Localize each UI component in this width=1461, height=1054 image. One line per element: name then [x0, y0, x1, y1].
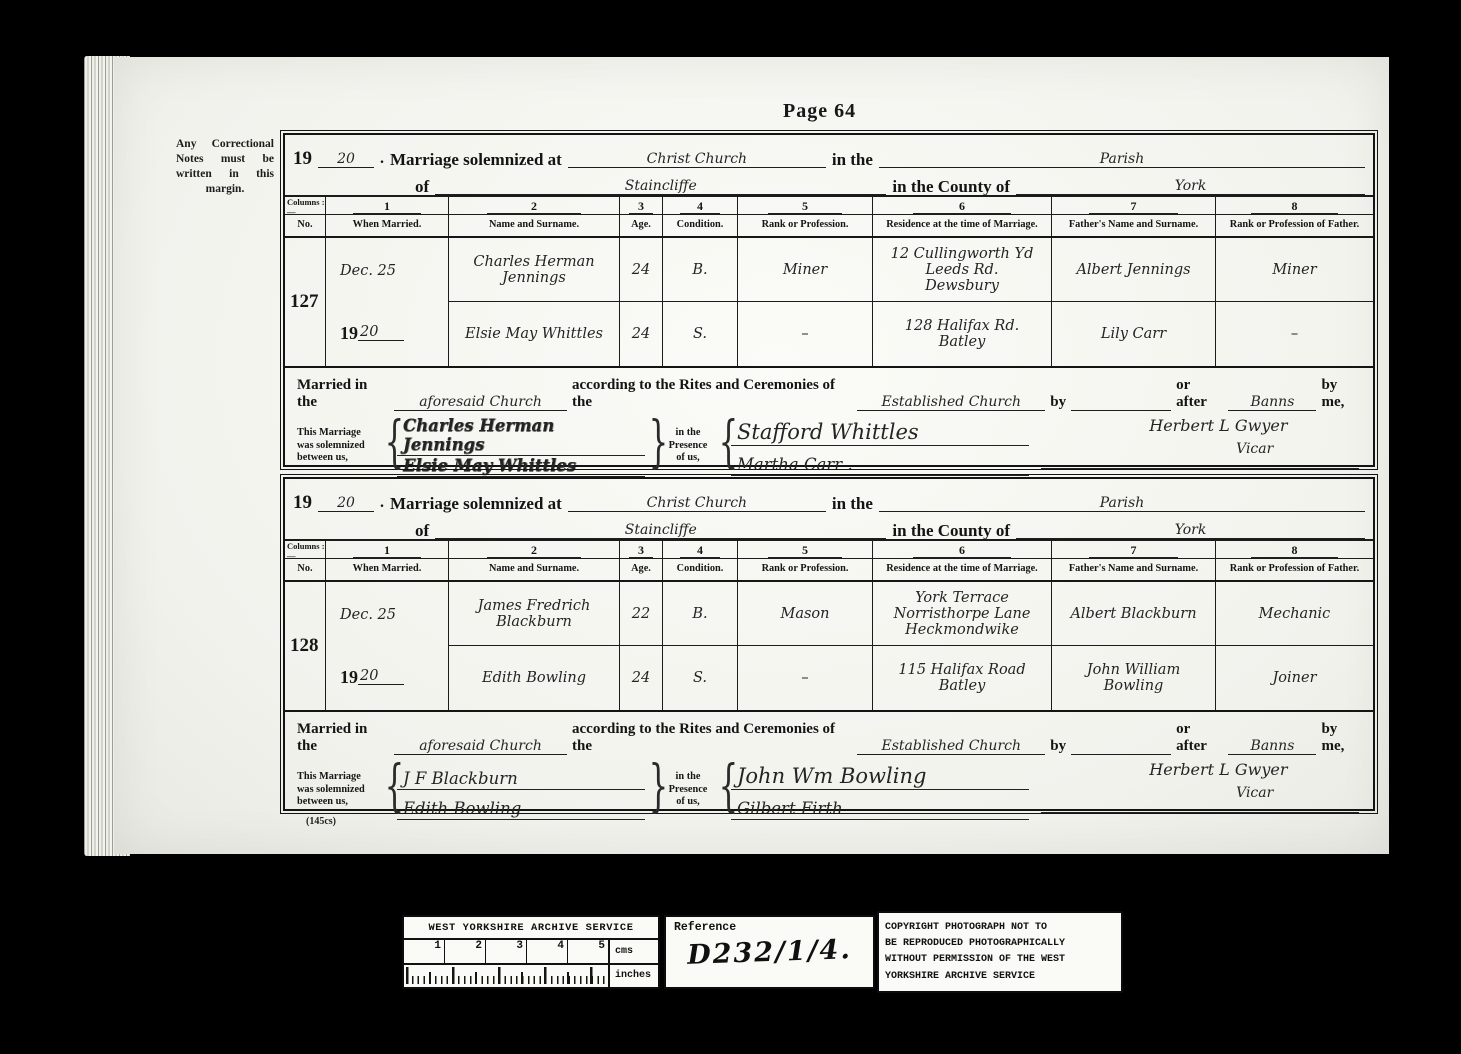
county-handwritten: York [1016, 519, 1365, 539]
marriage-attestation-section: Married in the aforesaid Church accordin… [285, 368, 1373, 476]
solemnized-label: Marriage solemnized at [390, 495, 562, 512]
brace-decoration [649, 760, 658, 820]
copyright-notice-card: COPYRIGHT PHOTOGRAPH NOT TO BE REPRODUCE… [877, 911, 1123, 993]
brace-decoration [385, 760, 394, 820]
by-blank-line [1071, 735, 1171, 755]
entry-number-cell: 128 [285, 582, 325, 710]
groom-name-cell: James Fredrich Blackburn [448, 582, 619, 646]
officiant-title: Vicar [1236, 785, 1273, 801]
groom-signature: J F Blackburn [397, 760, 645, 790]
reference-card: Reference D232/1/4. [664, 915, 875, 989]
bride-father-cell: John William Bowling [1051, 646, 1215, 710]
married-in-line: Married in the aforesaid Church accordin… [297, 721, 1363, 755]
year-suffix-handwritten: 20 [318, 148, 374, 168]
by-me-label: by me, [1321, 377, 1363, 411]
bride-residence-cell: 115 Halifax Road Batley [872, 646, 1051, 710]
column-number-8: 8 [1215, 197, 1373, 217]
in-the-label: in the [832, 151, 873, 168]
column-headers-row: No. When Married. Name and Surname. Age.… [285, 214, 1373, 238]
header-name-surname: Name and Surname. [448, 559, 619, 580]
couple-signatures: Charles Herman Jennings Elsie May Whittl… [397, 416, 645, 476]
groom-residence-cell: York Terrace Norristhorpe Lane Heckmondw… [872, 582, 1051, 646]
cms-label: cms [610, 940, 658, 965]
witness-signatures: John Wm Bowling Gilbert Firth [731, 760, 1029, 820]
witness-2-signature: Martha Carr . [731, 446, 1029, 476]
column-number-5: 5 [737, 197, 872, 217]
cm-mark: 1 [404, 940, 445, 963]
column-headers-row: No. When Married. Name and Surname. Age.… [285, 558, 1373, 582]
groom-condition-cell: B. [662, 238, 737, 302]
bride-rank-cell: – [737, 646, 872, 710]
copyright-line: WITHOUT PERMISSION OF THE WEST [885, 952, 1115, 968]
bride-rank-cell: – [737, 302, 872, 366]
witness-signatures: Stafford Whittles Martha Carr . [731, 416, 1029, 476]
header-rank: Rank or Profession. [737, 559, 872, 580]
form-print-code: (145cs) [306, 816, 336, 827]
brace-decoration [719, 760, 728, 820]
ruler-unit-labels: cms inches [608, 940, 658, 987]
column-number-3: 3 [619, 197, 662, 217]
groom-name-cell: Charles Herman Jennings [448, 238, 619, 302]
ruler-scales: 1 2 3 4 5 [404, 940, 608, 987]
district-handwritten: Parish [879, 492, 1365, 512]
copyright-line: BE REPRODUCED PHOTOGRAPHICALLY [885, 936, 1115, 952]
presence-label: in the Presence of us, [661, 760, 715, 820]
copyright-line: YORKSHIRE ARCHIVE SERVICE [885, 969, 1115, 985]
inches-label: inches [610, 965, 658, 988]
archive-name: WEST YORKSHIRE ARCHIVE SERVICE [404, 917, 658, 940]
rites-label: according to the Rites and Ceremonies of… [572, 377, 852, 411]
groom-age-cell: 24 [619, 238, 662, 302]
bride-residence-cell: 128 Halifax Rd. Batley [872, 302, 1051, 366]
column-number-7: 7 [1051, 541, 1215, 561]
county-of-label: in the County of [892, 178, 1010, 195]
witness-1-signature: Stafford Whittles [731, 416, 1029, 446]
column-number-6: 6 [872, 541, 1051, 561]
marriage-date-handwritten: Dec. 25 [340, 607, 396, 623]
this-marriage-label: This Marriage was solemnized between us, [297, 760, 381, 820]
column-number-1: 1 [325, 197, 448, 217]
married-in-handwritten: aforesaid Church [394, 735, 567, 755]
groom-condition-cell: B. [662, 582, 737, 646]
header-no: No. [285, 215, 325, 236]
header-father-rank: Rank or Profession of Father. [1215, 215, 1373, 236]
when-married-cell: Dec. 25 1920 [325, 238, 448, 366]
or-after-label: or after [1176, 721, 1223, 755]
groom-father-rank-cell: Mechanic [1215, 582, 1373, 646]
entry-header-line1: 19 20 Marriage solemnized at Christ Chur… [293, 141, 1365, 168]
by-me-label: by me, [1321, 721, 1363, 755]
header-name-surname: Name and Surname. [448, 215, 619, 236]
archive-ruler-card: WEST YORKSHIRE ARCHIVE SERVICE 1 2 3 4 5… [402, 915, 660, 989]
married-in-label: Married in the [297, 721, 389, 755]
groom-signature: Charles Herman Jennings [397, 416, 645, 456]
entry-header-line1: 19 20 Marriage solemnized at Christ Chur… [293, 485, 1365, 512]
couple-signatures: J F Blackburn Edith Bowling [397, 760, 645, 820]
presence-label: in the Presence of us, [661, 416, 715, 476]
bride-condition-cell: S. [662, 646, 737, 710]
header-when-married: When Married. [325, 559, 448, 580]
district-handwritten: Parish [879, 148, 1365, 168]
column-number-4: 4 [662, 541, 737, 561]
by-blank-line [1071, 391, 1171, 411]
header-father-name: Father's Name and Surname. [1051, 559, 1215, 580]
year-suffix-handwritten: 20 [318, 492, 374, 512]
correctional-margin-note: Any Correctional Notes must be written i… [176, 137, 274, 197]
marriage-attestation-section: Married in the aforesaid Church accordin… [285, 712, 1373, 820]
column-number-2: 2 [448, 197, 619, 217]
header-age: Age. [619, 215, 662, 236]
brace-decoration [649, 416, 658, 476]
inch-scale [404, 965, 608, 988]
officiant-signature: Herbert L Gwyer [1149, 760, 1287, 779]
when-married-cell: Dec. 25 1920 [325, 582, 448, 710]
entry-number-cell: 127 [285, 238, 325, 366]
officiant-signature: Herbert L Gwyer [1149, 416, 1287, 435]
banns-handwritten: Banns [1228, 391, 1316, 411]
of-label: of [415, 178, 429, 195]
column-number-3: 3 [619, 541, 662, 561]
solemnized-label: Marriage solemnized at [390, 151, 562, 168]
brace-decoration [385, 416, 394, 476]
header-no: No. [285, 559, 325, 580]
marriage-date-handwritten: Dec. 25 [340, 263, 396, 279]
cm-mark: 2 [445, 940, 486, 963]
column-number-7: 7 [1051, 197, 1215, 217]
witness-2-signature: Gilbert Firth [731, 790, 1029, 820]
bride-father-rank-cell: Joiner [1215, 646, 1373, 710]
officiant-signature-line [1041, 812, 1359, 813]
brace-decoration [719, 416, 728, 476]
witness-1-signature: John Wm Bowling [731, 760, 1029, 790]
rites-handwritten: Established Church [857, 391, 1045, 411]
column-number-8: 8 [1215, 541, 1373, 561]
year-prefix: 19 [293, 150, 312, 168]
officiant-title: Vicar [1236, 441, 1273, 457]
groom-residence-cell: 12 Cullingworth Yd Leeds Rd. Dewsbury [872, 238, 1051, 302]
bride-father-cell: Lily Carr [1051, 302, 1215, 366]
header-condition: Condition. [662, 215, 737, 236]
header-father-name: Father's Name and Surname. [1051, 215, 1215, 236]
reference-label: Reference [674, 921, 865, 934]
rites-label: according to the Rites and Ceremonies of… [572, 721, 852, 755]
bride-age-cell: 24 [619, 302, 662, 366]
column-number-2: 2 [448, 541, 619, 561]
bride-name-cell: Elsie May Whittles [448, 302, 619, 366]
groom-rank-cell: Mason [737, 582, 872, 646]
entry-header: 19 20 Marriage solemnized at Christ Chur… [285, 135, 1373, 197]
church-name-handwritten: Christ Church [568, 492, 826, 512]
year-prefix: 19 [293, 494, 312, 512]
copyright-line: COPYRIGHT PHOTOGRAPH NOT TO [885, 920, 1115, 936]
marriage-year: 1920 [340, 324, 404, 341]
entry-header-line2: of Staincliffe in the County of York [293, 168, 1365, 195]
or-after-label: or after [1176, 377, 1223, 411]
banns-handwritten: Banns [1228, 735, 1316, 755]
header-rank: Rank or Profession. [737, 215, 872, 236]
married-in-line: Married in the aforesaid Church accordin… [297, 377, 1363, 411]
header-age: Age. [619, 559, 662, 580]
officiant-area: Herbert L Gwyer Vicar [1029, 760, 1363, 820]
of-label: of [415, 522, 429, 539]
page-number-heading: Page 64 [783, 100, 856, 123]
bride-condition-cell: S. [662, 302, 737, 366]
column-number-5: 5 [737, 541, 872, 561]
bride-signature: Elsie May Whittles [397, 456, 645, 477]
by-label: by [1050, 738, 1066, 755]
rites-handwritten: Established Church [857, 735, 1045, 755]
period [380, 150, 384, 168]
entry-table-rows: 127 Dec. 25 1920 Charles Herman Jennings… [285, 238, 1373, 368]
reference-number-handwritten: D232/1/4. [674, 934, 866, 972]
column-numbers-row: Columns :— 1 2 3 4 5 6 7 8 [285, 541, 1373, 558]
columns-label: Columns :— [285, 541, 325, 561]
church-name-handwritten: Christ Church [568, 148, 826, 168]
ruler-body: 1 2 3 4 5 cms inches [404, 940, 658, 987]
cm-mark: 5 [568, 940, 608, 963]
married-in-label: Married in the [297, 377, 389, 411]
county-handwritten: York [1016, 175, 1365, 195]
header-when-married: When Married. [325, 215, 448, 236]
officiant-area: Herbert L Gwyer Vicar [1029, 416, 1363, 476]
header-residence: Residence at the time of Marriage. [872, 559, 1051, 580]
by-label: by [1050, 394, 1066, 411]
signatures-zone: This Marriage was solemnized between us,… [297, 416, 1363, 476]
bride-signature: Edith Bowling [397, 790, 645, 820]
bride-father-rank-cell: – [1215, 302, 1373, 366]
entry-header-line2: of Staincliffe in the County of York [293, 512, 1365, 539]
entry-header: 19 20 Marriage solemnized at Christ Chur… [285, 479, 1373, 541]
header-condition: Condition. [662, 559, 737, 580]
register-entry-128: 19 20 Marriage solemnized at Christ Chur… [283, 477, 1375, 811]
column-number-1: 1 [325, 541, 448, 561]
signatures-zone: This Marriage was solemnized between us,… [297, 760, 1363, 820]
groom-father-cell: Albert Jennings [1051, 238, 1215, 302]
cm-scale: 1 2 3 4 5 [404, 940, 608, 965]
in-the-label: in the [832, 495, 873, 512]
groom-father-rank-cell: Miner [1215, 238, 1373, 302]
scanned-register-photo: Page 64 Any Correctional Notes must be w… [0, 0, 1461, 1054]
column-number-6: 6 [872, 197, 1051, 217]
bride-name-cell: Edith Bowling [448, 646, 619, 710]
columns-label: Columns :— [285, 197, 325, 217]
register-entry-127: 19 20 Marriage solemnized at Christ Chur… [283, 133, 1375, 467]
cm-mark: 4 [527, 940, 568, 963]
county-of-label: in the County of [892, 522, 1010, 539]
header-residence: Residence at the time of Marriage. [872, 215, 1051, 236]
entry-table-rows: 128 Dec. 25 1920 James Fredrich Blackbur… [285, 582, 1373, 712]
parish-handwritten: Staincliffe [435, 175, 886, 195]
officiant-signature-line [1041, 468, 1359, 469]
header-father-rank: Rank or Profession of Father. [1215, 559, 1373, 580]
column-number-4: 4 [662, 197, 737, 217]
marriage-year: 1920 [340, 668, 404, 685]
married-in-handwritten: aforesaid Church [394, 391, 567, 411]
this-marriage-label: This Marriage was solemnized between us, [297, 416, 381, 476]
groom-age-cell: 22 [619, 582, 662, 646]
inch-tick-marks [406, 967, 606, 984]
parish-handwritten: Staincliffe [435, 519, 886, 539]
column-numbers-row: Columns :— 1 2 3 4 5 6 7 8 [285, 197, 1373, 214]
cm-mark: 3 [486, 940, 527, 963]
bride-age-cell: 24 [619, 646, 662, 710]
period [380, 494, 384, 512]
groom-father-cell: Albert Blackburn [1051, 582, 1215, 646]
groom-rank-cell: Miner [737, 238, 872, 302]
